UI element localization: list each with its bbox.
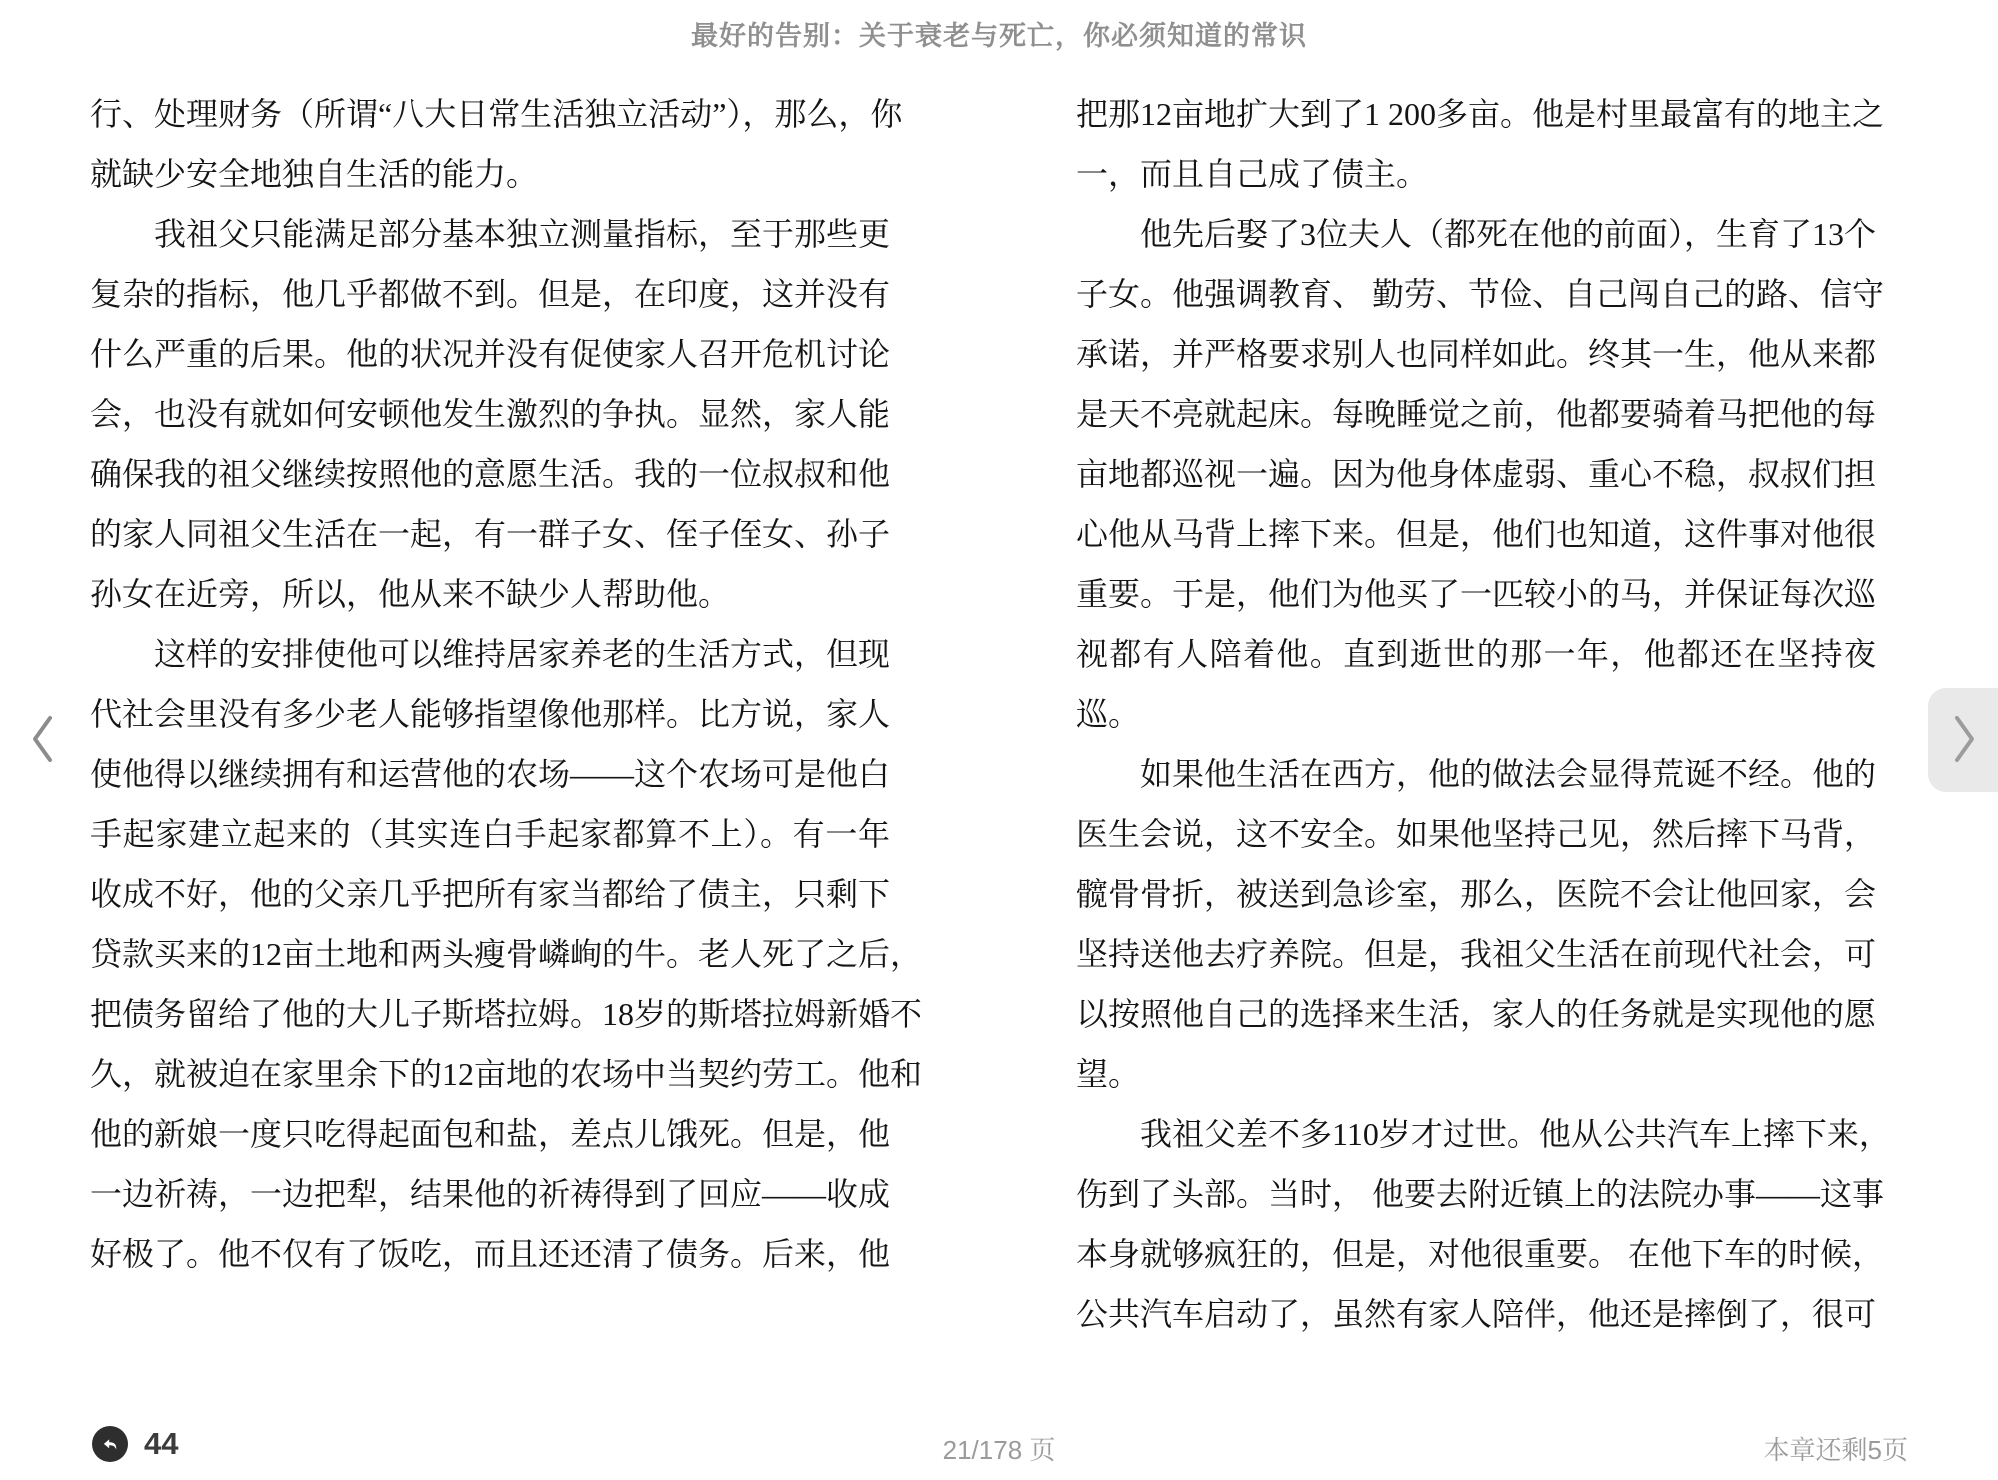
text-line: 髋骨骨折，被送到急诊室，那么，医院不会让他回家，会: [1076, 864, 1876, 924]
text-line: 久，就被迫在家里余下的12亩地的农场中当契约劳工。他和: [90, 1044, 890, 1104]
next-page-button[interactable]: [1928, 688, 1998, 792]
back-to-page-button[interactable]: 44: [92, 1422, 178, 1466]
text-line: 代社会里没有多少老人能够指望像他那样。比方说，家人: [90, 684, 890, 744]
undo-icon: [92, 1426, 128, 1462]
book-title-header: 最好的告别：关于衰老与死亡，你必须知道的常识: [0, 14, 1998, 53]
text-line: 心他从马背上摔下来。但是，他们也知道，这件事对他很: [1076, 504, 1876, 564]
text-line: 一，而且自己成了债主。: [1076, 144, 1876, 204]
text-line: 他先后娶了3位夫人（都死在他的前面），生育了13个: [1076, 204, 1876, 264]
text-line: 子女。他强调教育、 勤劳、节俭、自己闯自己的路、信守: [1076, 264, 1876, 324]
left-column: 行、处理财务（所谓“八大日常生活独立活动”），那么，你就缺少安全地独自生活的能力…: [90, 84, 890, 1284]
text-line: 是天不亮就起床。每晚睡觉之前，他都要骑着马把他的每: [1076, 384, 1876, 444]
text-line: 如果他生活在西方，他的做法会显得荒诞不经。他的: [1076, 744, 1876, 804]
text-line: 会，也没有就如何安顿他发生激烈的争执。显然，家人能: [90, 384, 890, 444]
text-line: 什么严重的后果。他的状况并没有促使家人召开危机讨论: [90, 324, 890, 384]
text-line: 望。: [1076, 1044, 1876, 1104]
text-line: 巡。: [1076, 684, 1876, 744]
text-line: 使他得以继续拥有和运营他的农场——这个农场可是他白: [90, 744, 890, 804]
page-indicator: 21/178 页: [0, 1430, 1998, 1467]
text-line: 我祖父只能满足部分基本独立测量指标，至于那些更: [90, 204, 890, 264]
right-column: 把那12亩地扩大到了1 200多亩。他是村里最富有的地主之一，而且自己成了债主。…: [1076, 84, 1876, 1344]
text-line: 复杂的指标，他几乎都做不到。但是，在印度，这并没有: [90, 264, 890, 324]
text-line: 视都有人陪着他。直到逝世的那一年，他都还在坚持夜: [1076, 624, 1876, 684]
text-line: 把那12亩地扩大到了1 200多亩。他是村里最富有的地主之: [1076, 84, 1876, 144]
text-line: 本身就够疯狂的，但是，对他很重要。 在他下车的时候，: [1076, 1224, 1876, 1284]
text-line: 收成不好，他的父亲几乎把所有家当都给了债主，只剩下: [90, 864, 890, 924]
text-line: 伤到了头部。当时， 他要去附近镇上的法院办事——这事: [1076, 1164, 1876, 1224]
text-line: 贷款买来的12亩土地和两头瘦骨嶙峋的牛。老人死了之后，: [90, 924, 890, 984]
text-line: 承诺，并严格要求别人也同样如此。终其一生，他从来都: [1076, 324, 1876, 384]
text-line: 行、处理财务（所谓“八大日常生活独立活动”），那么，你: [90, 84, 890, 144]
text-line: 坚持送他去疗养院。但是，我祖父生活在前现代社会，可: [1076, 924, 1876, 984]
text-line: 以按照他自己的选择来生活，家人的任务就是实现他的愿: [1076, 984, 1876, 1044]
chapter-remaining-label: 本章还剩5页: [1764, 1430, 1908, 1467]
back-page-number: 44: [144, 1426, 178, 1462]
chevron-left-icon: [28, 713, 56, 768]
text-line: 公共汽车启动了，虽然有家人陪伴，他还是摔倒了，很可: [1076, 1284, 1876, 1344]
text-line: 亩地都巡视一遍。因为他身体虚弱、重心不稳，叔叔们担: [1076, 444, 1876, 504]
text-line: 手起家建立起来的（其实连白手起家都算不上）。有一年: [90, 804, 890, 864]
text-line: 重要。于是，他们为他买了一匹较小的马，并保证每次巡: [1076, 564, 1876, 624]
text-line: 的家人同祖父生活在一起，有一群子女、侄子侄女、孙子: [90, 504, 890, 564]
text-line: 就缺少安全地独自生活的能力。: [90, 144, 890, 204]
text-line: 这样的安排使他可以维持居家养老的生活方式，但现: [90, 624, 890, 684]
text-line: 一边祈祷，一边把犁，结果他的祈祷得到了回应——收成: [90, 1164, 890, 1224]
text-line: 医生会说，这不安全。如果他坚持己见，然后摔下马背，: [1076, 804, 1876, 864]
text-line: 好极了。他不仅有了饭吃，而且还还清了债务。后来，他: [90, 1224, 890, 1284]
chevron-right-icon: [1934, 713, 1979, 768]
text-line: 他的新娘一度只吃得起面包和盐，差点儿饿死。但是，他: [90, 1104, 890, 1164]
prev-page-button[interactable]: [20, 710, 64, 770]
text-line: 把债务留给了他的大儿子斯塔拉姆。18岁的斯塔拉姆新婚不: [90, 984, 890, 1044]
text-line: 确保我的祖父继续按照他的意愿生活。我的一位叔叔和他: [90, 444, 890, 504]
text-line: 我祖父差不多110岁才过世。他从公共汽车上摔下来，: [1076, 1104, 1876, 1164]
text-line: 孙女在近旁，所以，他从来不缺少人帮助他。: [90, 564, 890, 624]
